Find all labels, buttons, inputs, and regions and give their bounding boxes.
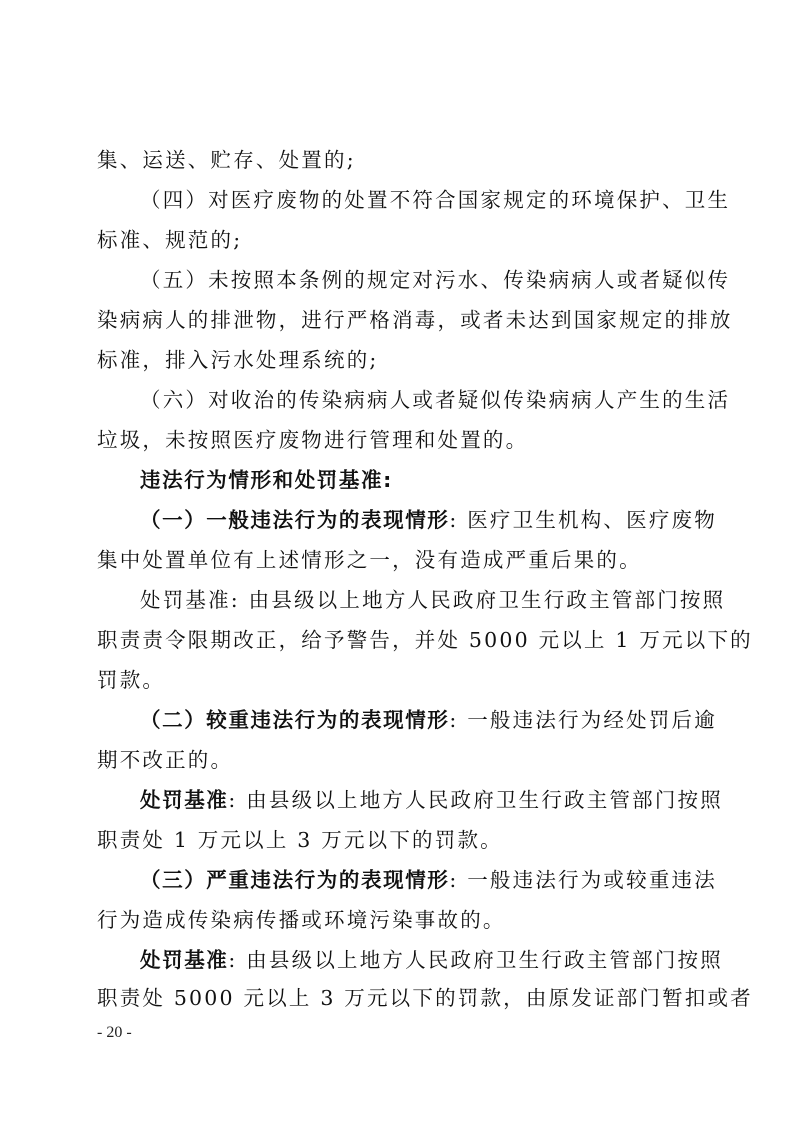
text-line: （六）对收治的传染病病人或者疑似传染病病人产生的生活 [140, 386, 740, 414]
section-heading: 违法行为情形和处罚基准: [140, 466, 740, 494]
text-line: 处罚基准: 由县级以上地方人民政府卫生行政主管部门按照 [140, 786, 740, 814]
subheading: （三）严重违法行为的表现情形 [140, 868, 449, 892]
text-line: 行为造成传染病传播或环境污染事故的。 [97, 906, 697, 934]
text-line: 标准、规范的; [97, 226, 697, 254]
text-line: 集中处置单位有上述情形之一，没有造成严重后果的。 [97, 546, 697, 574]
text-line: 集、运送、贮存、处置的; [97, 146, 697, 174]
text-line: （二）较重违法行为的表现情形: 一般违法行为经处罚后逾 [140, 706, 740, 734]
text-line: 垃圾，未按照医疗废物进行管理和处置的。 [97, 426, 697, 454]
subheading: 处罚基准 [140, 788, 228, 812]
page-number: - 20 - [97, 1024, 132, 1042]
text-line: 标准，排入污水处理系统的; [97, 346, 697, 374]
text-span: : 由县级以上地方人民政府卫生行政主管部门按照 [228, 948, 723, 972]
text-line: 处罚基准: 由县级以上地方人民政府卫生行政主管部门按照 [140, 946, 740, 974]
text-line: 职责处 1 万元以上 3 万元以下的罚款。 [97, 826, 697, 854]
text-line: （五）未按照本条例的规定对污水、传染病病人或者疑似传 [140, 266, 740, 294]
text-line: （三）严重违法行为的表现情形: 一般违法行为或较重违法 [140, 866, 740, 894]
text-span: : 一般违法行为经处罚后逾 [449, 708, 717, 732]
subheading: 处罚基准 [140, 948, 228, 972]
text-span: : 一般违法行为或较重违法 [449, 868, 717, 892]
text-line: （四）对医疗废物的处置不符合国家规定的环境保护、卫生 [140, 186, 740, 214]
text-line: 处罚基准: 由县级以上地方人民政府卫生行政主管部门按照 [140, 586, 740, 614]
text-line: 期不改正的。 [97, 746, 697, 774]
text-span: : 由县级以上地方人民政府卫生行政主管部门按照 [228, 788, 723, 812]
text-span: : 医疗卫生机构、医疗废物 [449, 508, 717, 532]
subheading: （一）一般违法行为的表现情形 [140, 508, 449, 532]
text-line: （一）一般违法行为的表现情形: 医疗卫生机构、医疗废物 [140, 506, 740, 534]
text-line: 职责处 5000 元以上 3 万元以下的罚款，由原发证部门暂扣或者 [97, 984, 697, 1012]
document-page: 集、运送、贮存、处置的; （四）对医疗废物的处置不符合国家规定的环境保护、卫生 … [0, 0, 793, 1122]
text-line: 罚款。 [97, 666, 697, 694]
subheading: （二）较重违法行为的表现情形 [140, 708, 449, 732]
text-line: 染病病人的排泄物，进行严格消毒，或者未达到国家规定的排放 [97, 306, 697, 334]
text-line: 职责责令限期改正，给予警告，并处 5000 元以上 1 万元以下的 [97, 626, 697, 654]
